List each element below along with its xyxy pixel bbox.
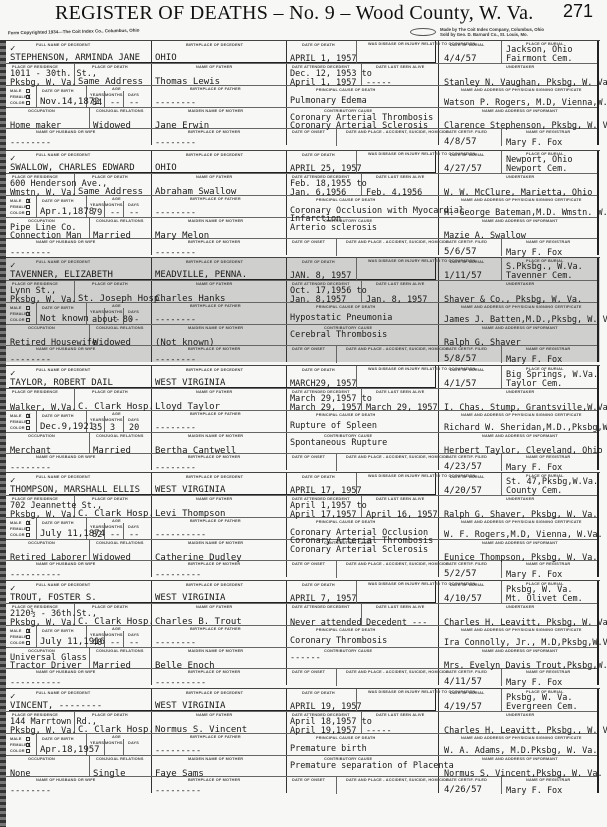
field-label-principal-cause: Principal Cause of Death xyxy=(316,736,375,740)
field-occupation-2: None xyxy=(10,770,30,779)
cell-divider xyxy=(89,107,90,128)
field-label-days: Days xyxy=(128,203,139,207)
field-label-date-of-burial: Date of Burial xyxy=(450,368,485,372)
field-label-days: Days xyxy=(128,741,139,745)
field-date-of-burial: 1/11/57 xyxy=(444,272,482,281)
field-label-sex-female: Female xyxy=(10,527,27,531)
field-date-filed: 5/8/57 xyxy=(444,355,477,364)
field-last-seen: ----- xyxy=(366,727,392,736)
cell-divider xyxy=(36,410,37,432)
cell-divider xyxy=(501,41,502,63)
field-age-years: 79 xyxy=(92,209,102,218)
field-place-of-burial-2: Taylor Cem. xyxy=(506,380,562,389)
field-label-spouse: Name of Husband or Wife xyxy=(36,778,95,782)
field-label-sex-female: Female xyxy=(10,635,27,639)
field-father-birthplace: -------- xyxy=(155,316,196,325)
field-label-accident: Date and Place - Accident, Suicide, Homi… xyxy=(346,562,449,566)
field-label-color: Color xyxy=(10,533,25,537)
field-label-place-of-death: Place of Death xyxy=(92,390,128,394)
field-conjugal: Widowed xyxy=(93,122,131,131)
field-last-seen: April 16, 1957 xyxy=(366,511,438,520)
field-label-place-of-death: Place of Death xyxy=(92,713,128,717)
field-place-of-death: C. Clark Hosp. xyxy=(78,403,154,412)
field-father-birthplace: -------- xyxy=(155,209,196,218)
field-attended-2: Jan. 8,1957 xyxy=(290,296,346,305)
death-record: Full Name of DecedentBirthplace of Deced… xyxy=(6,580,600,685)
death-record: Full Name of DecedentBirthplace of Deced… xyxy=(6,365,600,470)
field-registrar: Mary F. Fox xyxy=(506,139,562,148)
field-mother: (Not known) xyxy=(155,339,215,348)
field-place-of-burial-2: Newport Cem. xyxy=(506,165,567,174)
field-date-of-death: APRIL 7, 1957 xyxy=(290,595,357,604)
field-occupation-2: Retired Housewife xyxy=(10,339,97,348)
field-date-of-death: JAN. 8, 1957 xyxy=(290,272,351,281)
field-age-years: 40 xyxy=(92,639,102,648)
field-occupation-2: Retired Laborer xyxy=(10,554,87,563)
field-label-color: Color xyxy=(10,211,25,215)
field-physician: W. A. Adams, M.D.Pksbg, W. Va. xyxy=(444,747,598,756)
field-conjugal: Married xyxy=(93,662,131,671)
field-contributory-1: Coronary Arterial Sclerosis xyxy=(290,546,428,555)
field-label-informant: Name and Address of Informant xyxy=(482,541,558,545)
field-undertaker: Ralph G. Shaver, Pksbg, W. Va. xyxy=(444,511,598,520)
field-label-principal-cause: Principal Cause of Death xyxy=(316,305,375,309)
field-physician: Richard W. Sheridan,M.D.,Pksbg,W.Va. xyxy=(444,424,607,433)
field-principal-cause-1: Rupture of Spleen xyxy=(290,422,377,431)
field-informant: Herbert Taylor, Cleveland, Ohio xyxy=(444,447,603,456)
field-full-name: TROUT, FOSTER S. xyxy=(10,594,97,603)
field-label-conjugal: Conjugal Relations xyxy=(96,219,144,223)
field-label-date-of-birth: Date of Birth xyxy=(42,521,74,525)
field-label-undertaker: Undertaker xyxy=(506,175,534,179)
field-conjugal: Married xyxy=(93,232,131,241)
checkbox-color xyxy=(26,641,30,645)
field-mother-birthplace: -------- xyxy=(155,356,196,365)
sex-mark: X xyxy=(27,197,31,206)
register-page: REGISTER OF DEATHS – No. 9 – Wood County… xyxy=(0,0,607,827)
field-mother-birthplace: ---------- xyxy=(155,679,206,688)
sex-mark: X xyxy=(27,412,31,421)
field-date-of-death: APRIL 25, 1957 xyxy=(290,165,362,174)
cell-divider xyxy=(89,217,90,238)
field-birthplace: WEST VIRGINIA xyxy=(155,702,225,711)
field-label-color: Color xyxy=(10,749,25,753)
death-record: Full Name of DecedentBirthplace of Deced… xyxy=(6,688,600,793)
cell-divider xyxy=(89,539,90,560)
field-age-months: 3 xyxy=(110,424,115,433)
field-spouse: -------- xyxy=(10,356,51,365)
field-label-birthplace-father: Birthplace of Father xyxy=(190,519,241,523)
field-label-occupation: Occupation xyxy=(28,109,55,113)
field-label-date-last-seen: Date Last Seen Alive xyxy=(376,605,425,609)
cell-divider xyxy=(89,647,90,668)
field-father: Charles Hanks xyxy=(155,295,225,304)
field-label-date-of-birth: Date of Birth xyxy=(42,199,74,203)
field-attended-2: April 17,1957 xyxy=(290,511,357,520)
field-label-birthplace-father: Birthplace of Father xyxy=(190,735,241,739)
field-label-months: Months xyxy=(105,741,123,745)
field-label-years: Years xyxy=(90,310,104,314)
field-label-color: Color xyxy=(10,318,25,322)
field-label-physician: Name and Address of Physician Signing Ce… xyxy=(461,88,582,92)
field-label-contributory: Contributory Cause xyxy=(324,649,372,653)
field-physician: Ira Connolly, Jr., M.D,Pksbg,W.Va xyxy=(444,639,607,648)
field-label-physician: Name and Address of Physician Signing Ce… xyxy=(461,413,582,417)
field-contributory-1: Spontaneous Rupture xyxy=(290,439,387,448)
checkbox-color xyxy=(26,426,30,430)
field-label-date-of-death: Date of Death xyxy=(302,43,335,47)
field-label-date-of-burial: Date of Burial xyxy=(450,43,485,47)
field-age-years: 35 xyxy=(92,424,102,433)
sex-mark: X xyxy=(27,93,31,102)
field-father: Lloyd Taylor xyxy=(155,403,220,412)
field-father-birthplace: -------- xyxy=(155,639,196,648)
field-label-name-of-father: Name of Father xyxy=(196,390,232,394)
field-last-seen: Jan. 8, 1957 xyxy=(366,296,427,305)
field-birthplace: WEST VIRGINIA xyxy=(155,486,225,495)
field-label-months: Months xyxy=(105,633,123,637)
field-label-informant: Name and Address of Informant xyxy=(482,649,558,653)
field-label-sex-female: Female xyxy=(10,205,27,209)
field-birthplace: MEADVILLE, PENNA. xyxy=(155,271,247,280)
field-label-date-of-birth: Date of Birth xyxy=(42,89,74,93)
field-label-full-name: Full Name of Decedent xyxy=(36,475,90,479)
field-label-conjugal: Conjugal Relations xyxy=(96,649,144,653)
field-label-date-last-seen: Date Last Seen Alive xyxy=(376,390,425,394)
field-contributory-1: Arterio sclerosis xyxy=(290,224,377,233)
field-label-sex-male: Male xyxy=(10,521,22,525)
cell-divider xyxy=(336,776,337,794)
field-label-sex-male: Male xyxy=(10,737,22,741)
field-label-birthplace-father: Birthplace of Father xyxy=(190,627,241,631)
field-date-of-death: APRIL 17, 1957 xyxy=(290,487,362,496)
field-occupation-2: Home maker xyxy=(10,122,61,131)
field-place-of-death: Same Address xyxy=(78,78,143,87)
cell-divider xyxy=(336,560,337,578)
field-residence-2: Walker, W.Va. xyxy=(10,404,77,413)
field-attended-2: March 29, 1957 xyxy=(290,404,362,413)
field-label-date-last-seen: Date Last Seen Alive xyxy=(376,65,425,69)
field-label-accident: Date and Place - Accident, Suicide, Homi… xyxy=(346,240,449,244)
field-physician: James J. Batten,M.D.,Pksbg, W. Va xyxy=(444,316,607,325)
field-label-accident: Date and Place - Accident, Suicide, Homi… xyxy=(346,670,449,674)
field-date-filed: 4/11/57 xyxy=(444,678,482,687)
field-last-seen: Decedent --- xyxy=(366,619,427,628)
checkbox-color xyxy=(26,533,30,537)
field-label-date-last-seen: Date Last Seen Alive xyxy=(376,175,425,179)
field-label-informant: Name and Address of Informant xyxy=(482,219,558,223)
field-label-full-name: Full Name of Decedent xyxy=(36,260,90,264)
field-label-undertaker: Undertaker xyxy=(506,713,534,717)
field-label-physician: Name and Address of Physician Signing Ce… xyxy=(461,736,582,740)
field-label-days: Days xyxy=(128,418,139,422)
cell-divider xyxy=(89,755,90,776)
cell-divider xyxy=(36,85,37,107)
field-label-date-of-birth: Date of Birth xyxy=(42,414,74,418)
field-spouse: ---------- xyxy=(10,679,61,688)
cell-divider xyxy=(36,302,37,324)
field-label-date-of-death: Date of Death xyxy=(302,260,335,264)
field-principal-cause-1: Hypostatic Pneumonia xyxy=(290,314,392,323)
field-informant: Clarence Stephenson, Pksbg, W. Va. xyxy=(444,122,607,131)
field-label-color: Color xyxy=(10,426,25,430)
sex-mark: X xyxy=(27,627,31,636)
field-label-sex-female: Female xyxy=(10,95,27,99)
field-father: Thomas Lewis xyxy=(155,78,220,87)
field-label-accident: Date and Place - Accident, Suicide, Homi… xyxy=(346,347,449,351)
field-label-days: Days xyxy=(128,525,139,529)
field-principal-cause-1: Coronary Thrombosis xyxy=(290,637,387,646)
field-label-date-of-death: Date of Death xyxy=(302,691,335,695)
field-undertaker: Shaver & Co., Pksbg, W. Va. xyxy=(444,296,582,305)
field-date-of-burial: 4/1/57 xyxy=(444,380,477,389)
field-label-principal-cause: Principal Cause of Death xyxy=(316,198,375,202)
field-label-accident: Date and Place - Accident, Suicide, Homi… xyxy=(346,778,449,782)
register-title: REGISTER OF DEATHS – No. 9 – Wood County… xyxy=(55,2,534,25)
publisher-seal-icon xyxy=(410,28,436,36)
cell-divider xyxy=(501,151,502,173)
sex-mark: X xyxy=(27,741,31,750)
field-label-principal-cause: Principal Cause of Death xyxy=(316,413,375,417)
field-label-birthplace: Birthplace of Decedent xyxy=(186,368,243,372)
field-age-months: -- xyxy=(110,99,120,108)
field-undertaker: W. W. McClure, Marietta, Ohio xyxy=(444,189,592,198)
field-label-color: Color xyxy=(10,101,25,105)
field-age-months: -- xyxy=(110,639,120,648)
field-label-birthplace-father: Birthplace of Father xyxy=(190,412,241,416)
field-label-undertaker: Undertaker xyxy=(506,282,534,286)
field-contributory-1: Premature separation of Placenta xyxy=(290,762,454,771)
field-label-maiden-mother: Maiden Name of Mother xyxy=(188,541,243,545)
field-label-sex-male: Male xyxy=(10,306,22,310)
field-label-date-of-onset: Date of Onset xyxy=(292,455,325,459)
field-label-months: Months xyxy=(105,418,123,422)
field-label-sex-female: Female xyxy=(10,743,27,747)
field-attended-2: April 19,1957 xyxy=(290,727,357,736)
cell-divider xyxy=(336,238,337,256)
cell-divider xyxy=(501,689,502,711)
field-principal-cause-1: Premature birth xyxy=(290,745,367,754)
field-label-name-of-father: Name of Father xyxy=(196,65,232,69)
field-attended-2: April 1, 1957 xyxy=(290,79,357,88)
field-age-years: 84 xyxy=(92,99,102,108)
field-label-date-of-burial: Date of Burial xyxy=(450,260,485,264)
field-undertaker: Stanley N. Vaughan, Pksbg, W. Va. xyxy=(444,79,607,88)
field-label-age: Age xyxy=(112,627,121,631)
field-label-age: Age xyxy=(112,735,121,739)
field-label-conjugal: Conjugal Relations xyxy=(96,757,144,761)
field-label-date-of-onset: Date of Onset xyxy=(292,562,325,566)
field-place-of-death: Same Address xyxy=(78,188,143,197)
field-occupation-2: Merchant xyxy=(10,447,51,456)
field-registrar: Mary F. Fox xyxy=(506,787,562,796)
field-date-of-burial: 4/19/57 xyxy=(444,703,482,712)
field-full-name: SWALLOW, CHARLES EDWARD xyxy=(10,164,135,173)
field-date-of-death: MARCH29, 1957 xyxy=(290,380,357,389)
field-age-months: -- xyxy=(110,531,120,540)
field-label-occupation: Occupation xyxy=(28,326,55,330)
field-label-months: Months xyxy=(105,310,123,314)
field-label-name-of-father: Name of Father xyxy=(196,282,232,286)
field-father: Abraham Swallow xyxy=(155,188,236,197)
field-label-birthplace-father: Birthplace of Father xyxy=(190,304,241,308)
field-label-date-of-onset: Date of Onset xyxy=(292,240,325,244)
field-label-maiden-mother: Maiden Name of Mother xyxy=(188,326,243,330)
field-label-age: Age xyxy=(112,519,121,523)
field-label-birthplace: Birthplace of Decedent xyxy=(186,43,243,47)
field-label-age: Age xyxy=(112,304,121,308)
field-age-years: 82 xyxy=(92,531,102,540)
field-label-days: Days xyxy=(128,310,139,314)
publisher-notice: Made by The Coit Index Company, Columbus… xyxy=(440,27,544,37)
cell-divider xyxy=(501,581,502,603)
field-place-of-death: C. Clark Hosp. xyxy=(78,618,154,627)
field-undertaker: Charles H. Leavitt, Pksbg., W. Va xyxy=(444,727,607,736)
field-place-of-burial-2: Mt. Olivet Cem. xyxy=(506,595,583,604)
cell-divider xyxy=(123,416,124,432)
field-label-full-name: Full Name of Decedent xyxy=(36,583,90,587)
field-label-sex-male: Male xyxy=(10,199,22,203)
field-label-name-of-father: Name of Father xyxy=(196,175,232,179)
field-label-color: Color xyxy=(10,641,25,645)
field-label-date-last-seen: Date Last Seen Alive xyxy=(376,497,425,501)
field-label-occupation: Occupation xyxy=(28,434,55,438)
field-label-birthplace: Birthplace of Decedent xyxy=(186,153,243,157)
checkbox-color xyxy=(26,211,30,215)
page-number: 271 xyxy=(563,1,593,22)
field-label-physician: Name and Address of Physician Signing Ce… xyxy=(461,198,582,202)
field-attended-2: Never attended xyxy=(290,619,362,628)
field-label-sex-male: Male xyxy=(10,629,22,633)
field-mother-birthplace: -------- xyxy=(155,139,196,148)
field-label-physician: Name and Address of Physician Signing Ce… xyxy=(461,628,582,632)
field-date-filed: 4/23/57 xyxy=(444,463,482,472)
field-label-months: Months xyxy=(105,525,123,529)
field-label-conjugal: Conjugal Relations xyxy=(96,434,144,438)
field-date-of-burial: 4/27/57 xyxy=(444,165,482,174)
field-mother: Mary Melon xyxy=(155,232,209,241)
field-spouse: -------- xyxy=(10,787,51,796)
field-informant: Normus S. Vincent,Pksbg, W. Va. xyxy=(444,770,603,779)
field-conjugal: Married xyxy=(93,447,131,456)
field-label-conjugal: Conjugal Relations xyxy=(96,326,144,330)
register-entries: Full Name of DecedentBirthplace of Deced… xyxy=(6,40,600,827)
field-label-undertaker: Undertaker xyxy=(506,65,534,69)
field-full-name: STEPHENSON, ARMINDA JANE xyxy=(10,54,140,63)
cell-divider xyxy=(123,523,124,539)
field-age-months: -- xyxy=(110,209,120,218)
field-contributory-1: ------ xyxy=(290,654,321,663)
field-birth-date: Not known xyxy=(40,315,89,324)
field-mother: Jane Erwin xyxy=(155,122,209,131)
field-date-of-death: APRIL 19, 1957 xyxy=(290,703,362,712)
field-full-name: TAVENNER, ELIZABETH xyxy=(10,271,113,280)
field-label-date-of-death: Date of Death xyxy=(302,368,335,372)
field-label-date-of-birth: Date of Birth xyxy=(42,629,74,633)
field-age-days: -- xyxy=(129,316,139,325)
field-date-of-burial: 4/4/57 xyxy=(444,55,477,64)
field-father: Normus S. Vincent xyxy=(155,726,247,735)
field-father-birthplace: ---------- xyxy=(155,531,206,540)
field-label-age: Age xyxy=(112,197,121,201)
publisher-line-2: Sold by Geo. D. Barnard Co., St. Louis, … xyxy=(440,32,544,37)
field-date-of-death: APRIL 1, 1957 xyxy=(290,55,357,64)
field-label-undertaker: Undertaker xyxy=(506,497,534,501)
field-residence-2: Pksbg, W. Va. xyxy=(10,619,77,628)
sex-mark: X xyxy=(27,310,31,319)
field-label-physician: Name and Address of Physician Signing Ce… xyxy=(461,520,582,524)
field-label-birthplace: Birthplace of Decedent xyxy=(186,475,243,479)
cell-divider xyxy=(89,432,90,453)
field-full-name: VINCENT, -------- xyxy=(10,702,102,711)
field-date-filed: 5/6/57 xyxy=(444,248,477,257)
cell-divider xyxy=(36,625,37,647)
field-informant: Eunice Thompson, Pksbg, W. Va. xyxy=(444,554,598,563)
field-place-of-burial-2: Fairmont Cem. xyxy=(506,55,573,64)
field-label-place-of-residence: Place of Residence xyxy=(12,390,58,394)
field-place-of-death: C. Clark Hosp. xyxy=(78,726,154,735)
field-conjugal: Widowed xyxy=(93,554,131,563)
field-registrar: Mary F. Fox xyxy=(506,679,562,688)
field-label-months: Months xyxy=(105,93,123,97)
field-label-sex-female: Female xyxy=(10,312,27,316)
field-father-birthplace: -------- xyxy=(155,424,196,433)
field-label-date-last-seen: Date Last Seen Alive xyxy=(376,713,425,717)
field-place-of-burial-2: Evergreen Cem. xyxy=(506,703,578,712)
right-border xyxy=(597,258,599,362)
field-label-age: Age xyxy=(112,87,121,91)
field-physician: H. George Bateman,M.D. Wmstn. W.Va. xyxy=(444,209,607,218)
field-label-registrar: Name of Registrar xyxy=(526,347,570,351)
field-label-date-of-onset: Date of Onset xyxy=(292,670,325,674)
field-label-informant: Name and Address of Informant xyxy=(482,757,558,761)
field-last-seen: ----- xyxy=(366,79,392,88)
cell-divider xyxy=(123,91,124,107)
field-label-full-name: Full Name of Decedent xyxy=(36,43,90,47)
field-label-occupation: Occupation xyxy=(28,757,55,761)
field-label-birthplace-father: Birthplace of Father xyxy=(190,197,241,201)
field-occupation-2: Connection Man xyxy=(10,232,82,241)
right-border xyxy=(597,151,599,255)
field-occupation-2: Tractor Driver xyxy=(10,662,82,671)
field-label-full-name: Full Name of Decedent xyxy=(36,153,90,157)
field-label-informant: Name and Address of Informant xyxy=(482,109,558,113)
sex-mark: X xyxy=(27,519,31,528)
field-label-date-of-death: Date of Death xyxy=(302,583,335,587)
field-date-filed: 4/26/57 xyxy=(444,786,482,795)
cell-divider xyxy=(501,366,502,388)
field-undertaker: I. Chas. Stump, Grantsville,W.Va. xyxy=(444,404,607,413)
cell-divider xyxy=(123,631,124,647)
field-undertaker: Charles H. Leavitt, Pksbg, W. Va xyxy=(444,619,607,628)
field-informant: Mazie A. Swallow xyxy=(444,232,526,241)
cell-divider xyxy=(123,201,124,217)
field-informant: Mrs. Evelyn Davis Trout,Pksbg,W.Va xyxy=(444,662,607,671)
field-registrar: Mary F. Fox xyxy=(506,571,562,580)
field-label-physician: Name and Address of Physician Signing Ce… xyxy=(461,305,582,309)
field-residence-2: Pksbg, W. Va. xyxy=(10,511,77,520)
field-label-accident: Date and Place - Accident, Suicide, Homi… xyxy=(346,455,449,459)
field-last-seen: March 29, 1957 xyxy=(366,404,438,413)
field-mother-birthplace: --------- xyxy=(155,571,201,580)
field-spouse: -------- xyxy=(10,139,51,148)
field-label-registrar: Name of Registrar xyxy=(526,240,570,244)
field-label-conjugal: Conjugal Relations xyxy=(96,109,144,113)
field-label-sex-male: Male xyxy=(10,89,22,93)
field-label-days: Days xyxy=(128,633,139,637)
field-birth-date: Apr.18,1957 xyxy=(40,746,100,755)
field-contributory-1: Cerebral Thrombosis xyxy=(290,331,387,340)
